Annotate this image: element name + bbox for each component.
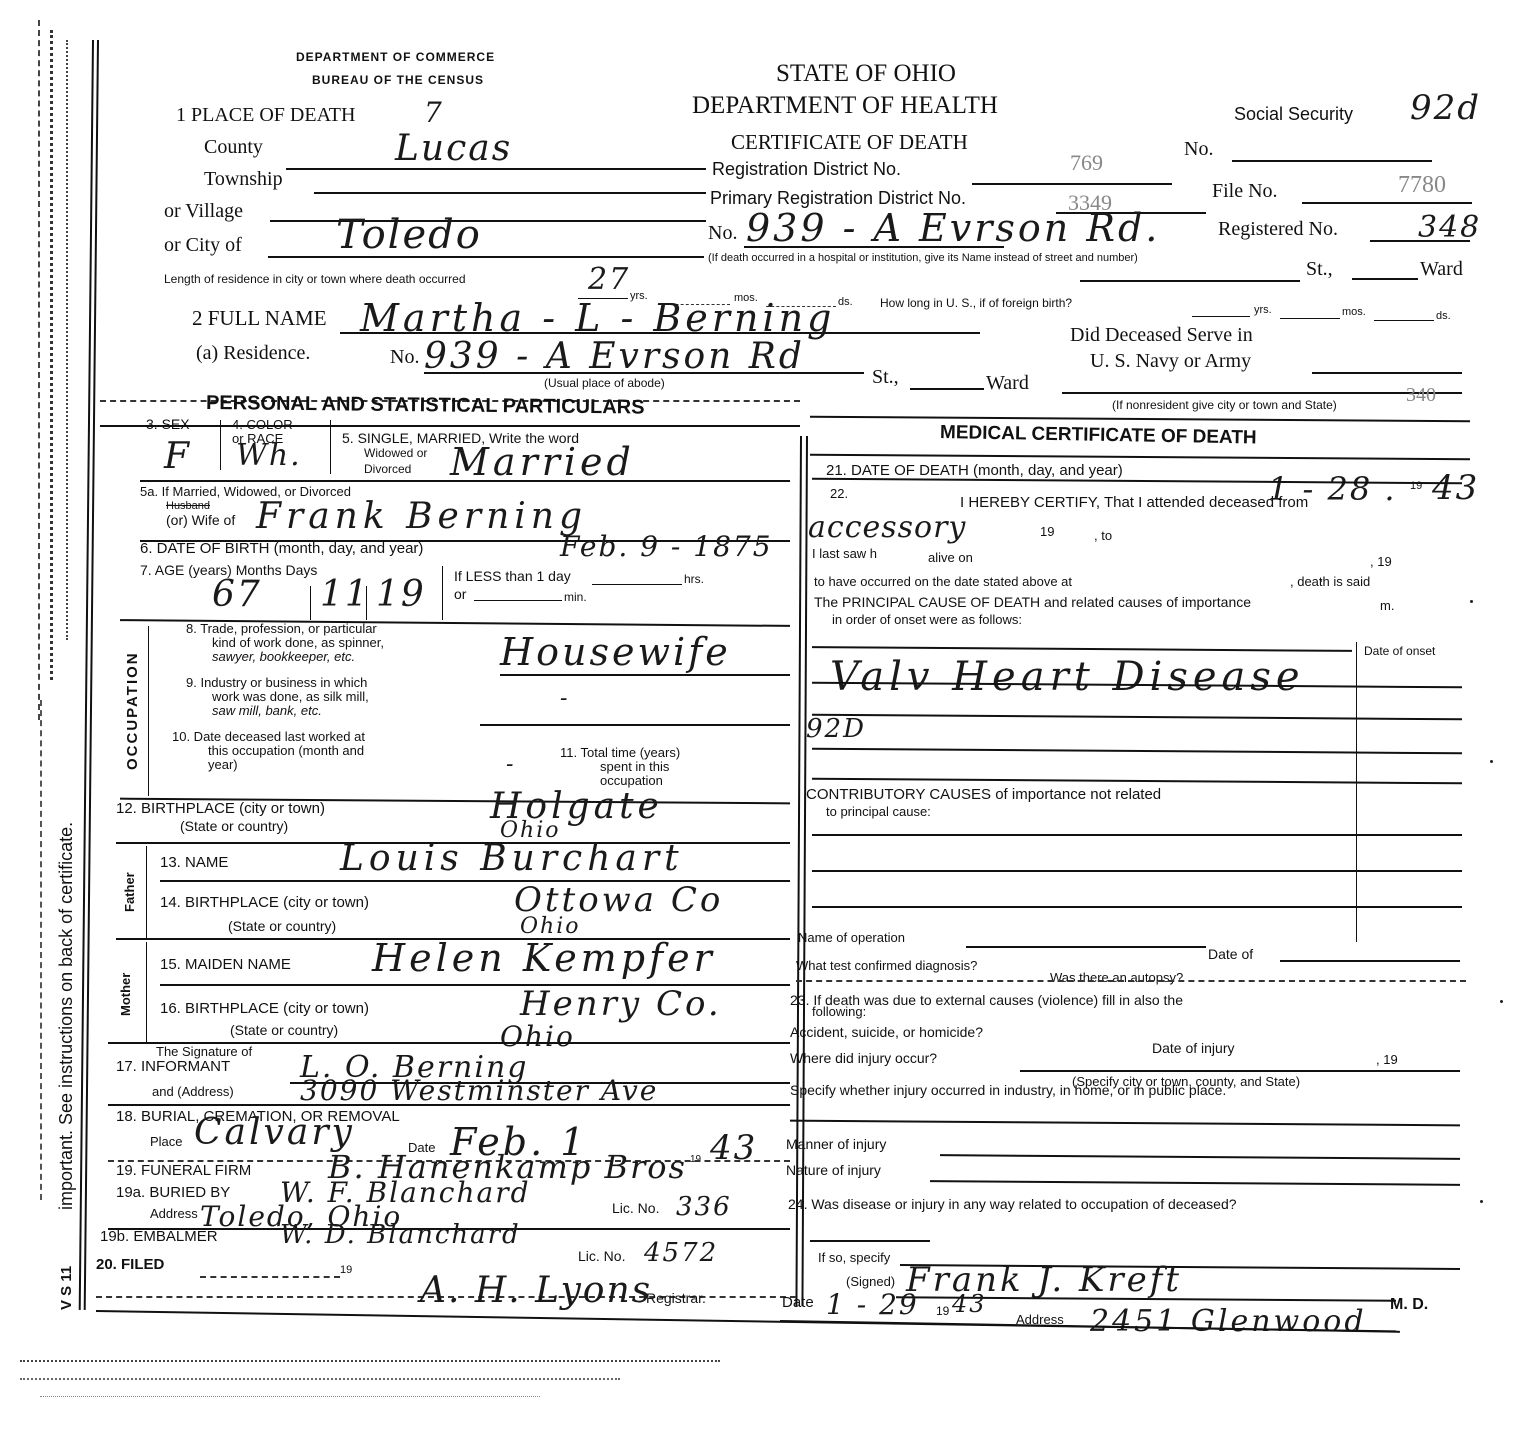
industry-label: 9. Industry or business in which work wa… — [186, 676, 369, 718]
county-value[interactable]: Lucas — [395, 128, 512, 169]
op-date-label: Date of — [1208, 946, 1253, 962]
occ-related-line[interactable] — [810, 1240, 930, 1242]
residence-ward-label: Ward — [986, 372, 1029, 395]
informant-label-1: The Signature of — [156, 1044, 252, 1059]
speck — [1490, 760, 1493, 763]
age-years[interactable]: 67 — [212, 574, 262, 615]
principal-label-1: The PRINCIPAL CAUSE OF DEATH and related… — [814, 594, 1251, 610]
occurred-label: to have occurred on the date stated abov… — [814, 574, 1072, 589]
father-birthplace-label: 14. BIRTHPLACE (city or town) — [160, 894, 369, 911]
manner-line[interactable] — [940, 1154, 1460, 1160]
full-name-value[interactable]: Martha - L - Berning — [360, 296, 835, 340]
min-label: min. — [564, 590, 587, 604]
specify-line[interactable] — [790, 1120, 1460, 1127]
ward-line — [1352, 278, 1418, 280]
trade-label-3: sawyer, bookkeeper, etc. — [186, 650, 384, 664]
township-line[interactable] — [314, 192, 706, 194]
place-label: Place — [150, 1134, 183, 1149]
cert-date-value[interactable]: 1 - 29 — [826, 1288, 919, 1321]
social-security-value: 92d — [1410, 88, 1481, 128]
reg-district-value: 769 — [1070, 150, 1103, 176]
dept-health-title: DEPARTMENT OF HEALTH — [692, 92, 998, 120]
filed-label: 20. FILED — [96, 1256, 164, 1273]
father-side-label: Father — [122, 872, 137, 912]
st-label: St., — [1306, 258, 1333, 281]
navy-army-stamp: 340 — [1406, 384, 1436, 407]
nature-label: Nature of injury — [786, 1162, 881, 1178]
file-no-value: 7780 — [1398, 172, 1446, 199]
cause-value[interactable]: Valv Heart Disease — [830, 654, 1305, 700]
noise-band — [20, 1360, 720, 1362]
or-label: or — [454, 586, 466, 602]
residence-value[interactable]: 939 - A Evrson Rd — [424, 336, 805, 377]
embalmer-lic-value[interactable]: 4572 — [644, 1238, 718, 1268]
registrar-label: Registrar. — [646, 1290, 706, 1306]
sex-divider — [220, 420, 221, 470]
social-security-label: Social Security — [1234, 104, 1353, 125]
mother-birthplace-label: 16. BIRTHPLACE (city or town) — [160, 1000, 369, 1017]
certificate-title: CERTIFICATE OF DEATH — [731, 130, 968, 155]
medical-title: MEDICAL CERTIFICATE OF DEATH — [940, 422, 1257, 450]
certify-value[interactable]: accessory — [808, 510, 966, 545]
registered-no-label: Registered No. — [1218, 218, 1338, 241]
last-worked-label-2: this occupation (month and — [172, 744, 365, 758]
navy-army-line[interactable] — [1312, 372, 1462, 374]
where-injury-label: Where did injury occur? — [790, 1050, 937, 1066]
divider — [108, 1104, 790, 1106]
reg-district-line — [972, 183, 1172, 185]
injury-19: , 19 — [1376, 1052, 1398, 1067]
buried-by-label: 19a. BURIED BY — [116, 1184, 230, 1201]
divider — [100, 425, 800, 427]
city-label: or City of — [164, 234, 242, 257]
less-day-label: If LESS than 1 day — [454, 568, 571, 584]
external-label-2: following: — [812, 1004, 866, 1019]
age-months[interactable]: 11 — [320, 574, 370, 615]
injury-date-label: Date of injury — [1152, 1040, 1234, 1056]
trade-label-1: 8. Trade, profession, or particular — [186, 622, 384, 636]
contrib-line[interactable] — [812, 834, 1462, 836]
operation-label: Name of operation — [798, 930, 905, 945]
total-time-label-2: spent in this — [560, 760, 680, 774]
divider — [810, 416, 1470, 423]
hospital-note: (If death occurred in a hospital or inst… — [708, 252, 1138, 264]
test-label: What test confirmed diagnosis? — [796, 958, 977, 973]
residence-st-line — [910, 388, 984, 390]
industry-label-2: work was done, as silk mill, — [186, 690, 369, 704]
where-line[interactable] — [1020, 1070, 1460, 1072]
accident-label: Accident, suicide, or homicide? — [790, 1024, 983, 1040]
md-label: M. D. — [1390, 1296, 1428, 1314]
mother-birthplace-value[interactable]: Henry Co. — [520, 984, 722, 1024]
township-label: Township — [204, 168, 283, 191]
specify-industry-note: Specify whether injury occurred in indus… — [790, 1082, 1226, 1098]
speck — [1500, 1000, 1503, 1003]
margin-noise — [66, 40, 68, 640]
hrs-label: hrs. — [684, 572, 704, 586]
file-no-line — [1302, 202, 1472, 204]
manner-label: Manner of injury — [786, 1136, 886, 1152]
cert-address-value[interactable]: 2451 Glenwood — [1090, 1304, 1367, 1339]
certify-label: I HEREBY CERTIFY, That I attended deceas… — [960, 494, 1308, 511]
foreign-birth-label: How long in U. S., if of foreign birth? — [880, 296, 1072, 310]
state-title: STATE OF OHIO — [776, 60, 956, 88]
reg-district-label: Registration District No. — [712, 159, 901, 180]
last-saw-label: I last saw h — [812, 546, 877, 561]
city-value[interactable]: Toledo — [336, 212, 482, 258]
cause-line — [812, 646, 1352, 652]
principal-label-2: in order of onset were as follows: — [832, 612, 1022, 627]
cert-date-year[interactable]: 43 — [952, 1290, 987, 1318]
spouse-value[interactable]: Frank Berning — [256, 496, 587, 537]
age-days[interactable]: 19 — [376, 574, 426, 615]
contrib-label-2: to principal cause: — [826, 804, 931, 819]
mother-side-label: Mother — [118, 973, 133, 1016]
noise-band — [40, 1396, 540, 1397]
last-worked-label: 10. Date deceased last worked at this oc… — [172, 730, 365, 772]
cause-line — [812, 748, 1462, 755]
op-date-line[interactable] — [1280, 960, 1460, 962]
trade-label-2: kind of work done, as spinner, — [186, 636, 384, 650]
lic-no-label: Lic. No. — [612, 1200, 659, 1216]
industry-label-3: saw mill, bank, etc. — [186, 704, 369, 718]
color-divider — [330, 420, 331, 474]
full-name-label: 2 FULL NAME — [192, 306, 327, 331]
marital-label-2: Widowed or — [364, 446, 427, 460]
margin-noise — [40, 700, 42, 1200]
contrib-line[interactable] — [812, 870, 1462, 872]
foreign-yrs-label: yrs. — [1254, 304, 1272, 316]
sex-label: 3. SEX — [146, 416, 190, 432]
foreign-mos-label: mos. — [1342, 306, 1366, 318]
spouse-label-3: (or) Wife of — [166, 512, 235, 528]
speck — [1480, 1200, 1483, 1203]
contrib-label-1: CONTRIBUTORY CAUSES of importance not re… — [806, 786, 1161, 803]
informant-label-2: 17. INFORMANT — [116, 1058, 230, 1075]
industry-line — [480, 724, 790, 726]
speck — [1470, 600, 1473, 603]
autopsy-label: Was there an autopsy? — [1050, 970, 1183, 985]
funeral-firm-label: 19. FUNERAL FIRM — [116, 1162, 251, 1179]
alive-on-label: alive on — [928, 550, 973, 565]
place-of-death-mark: 7 — [424, 96, 444, 129]
divider — [810, 454, 1470, 461]
nature-line[interactable] — [930, 1180, 1460, 1186]
margin-noise — [50, 30, 53, 680]
speck — [1320, 580, 1322, 582]
ss-no-line — [1232, 160, 1432, 162]
dob-label: 6. DATE OF BIRTH (month, day, and year) — [140, 540, 423, 557]
lic-no-value[interactable]: 336 — [676, 1192, 732, 1222]
total-time-label: 11. Total time (years) spent in this occ… — [560, 746, 680, 788]
age-divider — [366, 586, 367, 620]
navy-army-label-1: Did Deceased Serve in — [1070, 324, 1253, 347]
from-19: 19 — [1040, 524, 1054, 539]
dob-value[interactable]: Feb. 9 - 1875 — [560, 530, 773, 563]
hrs-line — [592, 584, 682, 585]
maiden-name-value[interactable]: Helen Kempfer — [372, 936, 716, 980]
nonresident-note: (If nonresident give city or town and St… — [1112, 398, 1337, 412]
burial-place-value[interactable]: Calvary — [194, 1112, 355, 1153]
last-worked-label-1: 10. Date deceased last worked at — [172, 730, 365, 744]
foreign-mos-line — [1280, 318, 1340, 319]
age-divider — [442, 566, 443, 620]
maiden-name-label: 15. MAIDEN NAME — [160, 956, 291, 973]
alive-19: , 19 — [1370, 554, 1392, 569]
birthplace-label: 12. BIRTHPLACE (city or town) — [116, 800, 325, 817]
bureau-census: BUREAU OF THE CENSUS — [312, 73, 484, 87]
funeral-address-label: Address — [150, 1206, 198, 1221]
death-said-label: , death is said — [1290, 574, 1370, 589]
informant-address[interactable]: 3090 Westminster Ave — [300, 1074, 658, 1107]
residence-ward-line — [1062, 392, 1462, 394]
min-line — [474, 600, 562, 601]
operation-line[interactable] — [966, 946, 1206, 948]
last-worked-label-3: year) — [172, 758, 365, 772]
if-so-label: If so, specify — [818, 1250, 890, 1265]
age-divider — [310, 586, 311, 620]
industry-label-1: 9. Industry or business in which — [186, 676, 369, 690]
certify-number: 22. — [830, 486, 848, 501]
signed-label: (Signed) — [846, 1274, 895, 1289]
ds-label: ds. — [838, 296, 853, 308]
color-value[interactable]: Wh. — [236, 438, 302, 473]
instructions-note: important. See instructions on back of c… — [56, 822, 77, 1210]
foreign-ds-line — [1374, 320, 1434, 321]
registrar-signature[interactable]: A. H. Lyons — [420, 1270, 652, 1311]
father-name-value[interactable]: Louis Burchart — [340, 838, 684, 879]
personal-section-title: PERSONAL AND STATISTICAL PARTICULARS — [206, 392, 645, 420]
spouse-label-2: Husband — [166, 500, 210, 512]
form-code: V S 11 — [58, 1266, 75, 1310]
county-label: County — [204, 136, 263, 159]
sex-value[interactable]: F — [164, 436, 191, 477]
residence-no-label: No. — [390, 346, 419, 369]
cert-date-label: Date — [782, 1294, 814, 1311]
residence-length-label: Length of residence in city or town wher… — [164, 272, 466, 286]
cause-line — [812, 778, 1462, 785]
trade-value[interactable]: Housewife — [500, 630, 731, 674]
noise-band — [20, 1378, 620, 1380]
informant-label-3: and (Address) — [152, 1084, 234, 1099]
last-worked-value[interactable]: - — [506, 752, 515, 777]
trade-label: 8. Trade, profession, or particular kind… — [186, 622, 384, 664]
foreign-yrs-line — [1192, 316, 1250, 317]
mother-state-label: (State or country) — [230, 1022, 338, 1038]
navy-army-label-2: U. S. Navy or Army — [1090, 350, 1251, 373]
burial-year-value[interactable]: 43 — [710, 1128, 757, 1168]
embalmer-label: 19b. EMBALMER — [100, 1228, 218, 1245]
place-of-death-label: 1 PLACE OF DEATH — [176, 104, 355, 127]
onset-label: Date of onset — [1364, 644, 1435, 658]
filed-line — [200, 1276, 340, 1278]
contrib-line[interactable] — [812, 906, 1462, 908]
street-value[interactable]: 939 - A Evrson Rd. — [746, 206, 1160, 250]
embalmer-value[interactable]: W. D. Blanchard — [280, 1220, 521, 1250]
to-label: , to — [1094, 528, 1112, 543]
residence-label: (a) Residence. — [196, 342, 310, 365]
signed-value[interactable]: Frank J. Kreft — [906, 1260, 1182, 1300]
trade-line — [500, 674, 790, 676]
village-label: or Village — [164, 200, 243, 223]
mother-state-value[interactable]: Ohio — [500, 1020, 575, 1053]
dod-label: 21. DATE OF DEATH (month, day, and year) — [826, 462, 1123, 479]
occupation-side-label: OCCUPATION — [124, 651, 141, 770]
filed-year-prefix: 19 — [340, 1264, 352, 1276]
m-label: m. — [1380, 598, 1394, 613]
registered-no-value: 348 — [1418, 210, 1481, 245]
ss-no-label: No. — [1184, 138, 1213, 161]
ward-label: Ward — [1420, 258, 1463, 281]
dept-commerce: DEPARTMENT OF COMMERCE — [296, 50, 495, 64]
residence-st-label: St., — [872, 366, 899, 389]
marital-label-3: Divorced — [364, 462, 411, 476]
residence-length-value[interactable]: 27 — [588, 262, 630, 297]
birthplace-state-label: (State or country) — [180, 818, 288, 834]
cert-date-19: 19 — [936, 1304, 949, 1318]
divider — [796, 980, 1466, 982]
file-no-label: File No. — [1212, 180, 1278, 203]
marital-value[interactable]: Married — [450, 440, 635, 484]
cause-code[interactable]: 92D — [806, 714, 866, 744]
father-side-divider — [146, 846, 147, 938]
mother-side-divider — [146, 942, 147, 1042]
embalmer-lic-label: Lic. No. — [578, 1248, 625, 1264]
cause-line — [812, 714, 1462, 721]
foreign-ds-label: ds. — [1436, 310, 1451, 322]
margin-noise — [38, 20, 40, 720]
city-line — [268, 256, 704, 258]
occupation-side-divider — [148, 626, 149, 796]
occ-related-label: 24. Was disease or injury in any way rel… — [788, 1196, 1237, 1212]
industry-value[interactable]: - — [560, 686, 569, 711]
father-state-label: (State or country) — [228, 918, 336, 934]
divider — [140, 480, 790, 482]
usual-abode-note: (Usual place of abode) — [544, 376, 665, 390]
father-name-label: 13. NAME — [160, 854, 228, 871]
street-no-label: No. — [708, 222, 737, 245]
st-line — [1080, 280, 1300, 282]
total-time-label-1: 11. Total time (years) — [560, 746, 680, 760]
dod-year-value[interactable]: 43 — [1432, 468, 1479, 508]
